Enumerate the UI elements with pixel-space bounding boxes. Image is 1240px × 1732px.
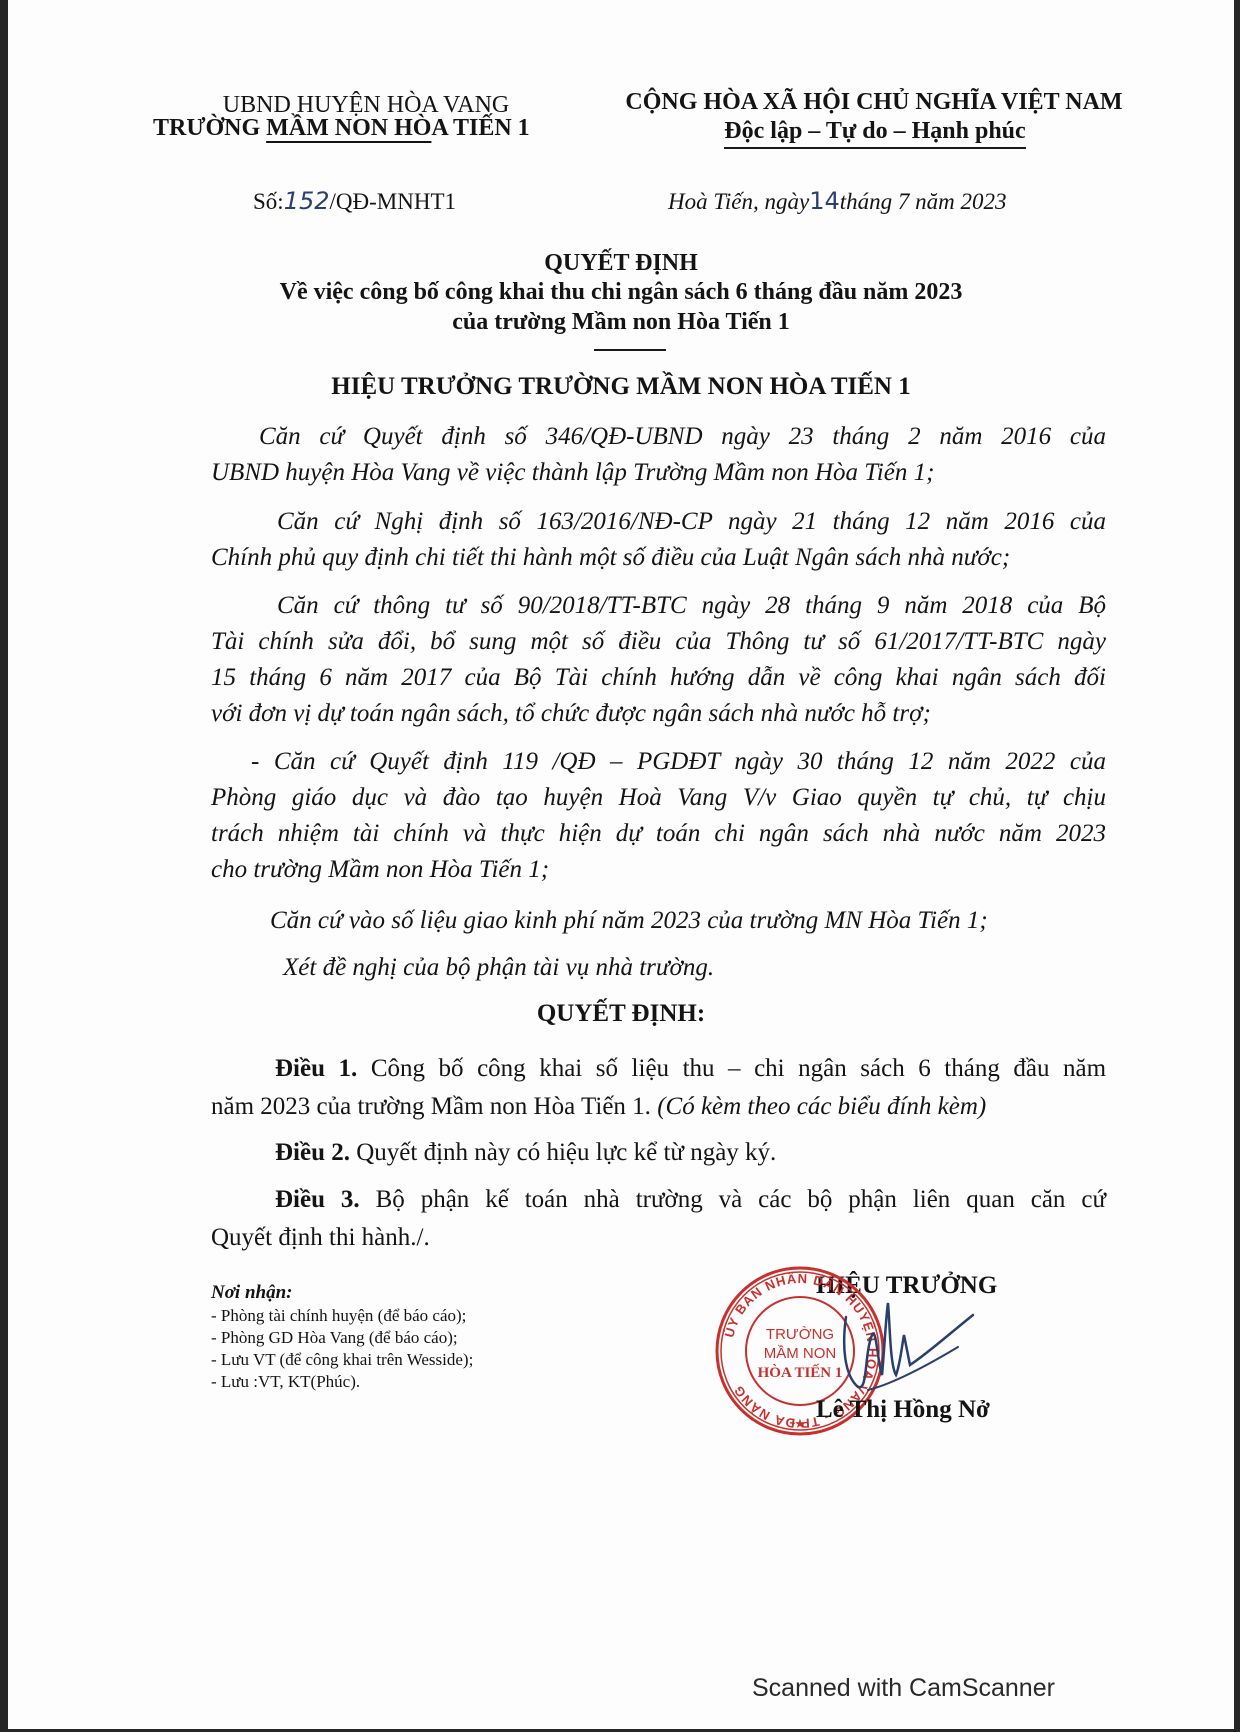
- basis-paragraph: Căn cứ Quyết định số 346/QĐ-UBND ngày 23…: [211, 419, 1106, 491]
- article-2: Điều 2. Quyết định này có hiệu lực kể từ…: [211, 1134, 1106, 1172]
- article-3-line-2: Quyết định thi hành./.: [211, 1219, 1106, 1257]
- title-divider: [594, 349, 666, 351]
- issuing-authority: HIỆU TRƯỞNG TRƯỜNG MẦM NON HÒA TIẾN 1: [8, 373, 1234, 401]
- basis-paragraph: Xét đề nghị của bộ phận tài vụ nhà trườn…: [283, 950, 1083, 986]
- article-note: (Có kèm theo các biểu đính kèm): [657, 1093, 986, 1120]
- document-subject-line-1: Về việc công bố công khai thu chi ngân s…: [8, 279, 1234, 306]
- recipient-item: - Phòng GD Hòa Vang (để báo cáo);: [211, 1328, 458, 1348]
- document-number: Số:152/QĐ-MNHT1: [253, 187, 456, 215]
- basis-paragraph: Căn cứ Nghị định số 163/2016/NĐ-CP ngày …: [211, 504, 1106, 576]
- doc-number-handwritten: 152: [284, 187, 330, 215]
- recipient-item: - Phòng tài chính huyện (để báo cáo);: [211, 1306, 466, 1326]
- basis-line: Tài chính sửa đổi, bổ sung một số điều c…: [211, 624, 1106, 660]
- article-label: Điều 1.: [275, 1055, 357, 1082]
- doc-number-suffix: /QĐ-MNHT1: [330, 189, 457, 214]
- basis-line: 15 tháng 6 năm 2017 của Bộ Tài chính hướ…: [211, 660, 1106, 696]
- basis-paragraph: Căn cứ vào số liệu giao kinh phí năm 202…: [270, 903, 1070, 939]
- basis-paragraph: Căn cứ thông tư số 90/2018/TT-BTC ngày 2…: [211, 588, 1106, 732]
- school-name: TRƯỜNG MẦM NON HÒA TIẾN 1: [153, 115, 593, 142]
- basis-line: UBND huyện Hòa Vang về việc thành lập Tr…: [211, 455, 1106, 491]
- article-2-line-1: Điều 2. Quyết định này có hiệu lực kể từ…: [211, 1134, 1106, 1172]
- basis-line: với đơn vị dự toán ngân sách, tổ chức đư…: [211, 696, 1106, 732]
- article-text: Quyết định thi hành./.: [211, 1224, 430, 1251]
- basis-line: Căn cứ thông tư số 90/2018/TT-BTC ngày 2…: [211, 588, 1106, 624]
- basis-line: Căn cứ Quyết định số 346/QĐ-UBND ngày 23…: [211, 419, 1106, 455]
- svg-text:HÒA TIẾN 1: HÒA TIẾN 1: [758, 1364, 843, 1381]
- basis-line: Căn cứ Nghị định số 163/2016/NĐ-CP ngày …: [211, 504, 1106, 540]
- article-label: Điều 3.: [275, 1186, 360, 1213]
- svg-text:★: ★: [794, 1417, 806, 1432]
- article-text: Quyết định này có hiệu lực kể từ ngày ký…: [356, 1139, 776, 1166]
- recipient-item: - Lưu VT (để công khai trên Wesside);: [211, 1350, 473, 1370]
- article-text: Công bố công khai số liệu thu – chi ngân…: [371, 1055, 1106, 1082]
- article-text: Bộ phận kế toán nhà trường và các bộ phậ…: [376, 1186, 1106, 1213]
- basis-line: cho trường Mầm non Hòa Tiến 1;: [211, 852, 1106, 888]
- school-name-prefix: TRƯỜNG: [153, 115, 266, 141]
- recipients-title: Nơi nhận:: [211, 1282, 292, 1304]
- article-label: Điều 2.: [275, 1139, 350, 1166]
- article-1: Điều 1. Công bố công khai số liệu thu – …: [211, 1050, 1106, 1126]
- document-title: QUYẾT ĐỊNH: [8, 250, 1234, 277]
- date-line: Hoà Tiến, ngày14tháng 7 năm 2023: [668, 187, 1007, 215]
- article-3: Điều 3. Bộ phận kế toán nhà trường và cá…: [211, 1181, 1106, 1257]
- basis-line: trách nhiệm tài chính và thực hiện dự to…: [211, 816, 1106, 852]
- basis-paragraph: - Căn cứ Quyết định 119 /QĐ – PGDĐT ngày…: [211, 744, 1106, 888]
- doc-number-prefix: Số:: [253, 189, 284, 214]
- basis-line: Phòng giáo dục và đào tạo huyện Hoà Vang…: [211, 780, 1106, 816]
- document-subject-line-2: của trường Mầm non Hòa Tiến 1: [8, 309, 1234, 336]
- national-motto-text: Độc lập – Tự do – Hạnh phúc: [724, 118, 1025, 149]
- article-1-line-1: Điều 1. Công bố công khai số liệu thu – …: [211, 1050, 1106, 1088]
- decision-heading: QUYẾT ĐỊNH:: [8, 1000, 1234, 1028]
- national-title: CỘNG HÒA XÃ HỘI CHỦ NGHĨA VIỆT NAM: [604, 89, 1144, 116]
- article-3-line-1: Điều 3. Bộ phận kế toán nhà trường và cá…: [211, 1181, 1106, 1219]
- basis-line: - Căn cứ Quyết định 119 /QĐ – PGDĐT ngày…: [211, 744, 1106, 780]
- date-suffix: tháng 7 năm 2023: [840, 189, 1007, 214]
- school-name-suffix: A TIẾN 1: [431, 115, 529, 141]
- scanner-watermark: Scanned with CamScanner: [752, 1674, 1055, 1703]
- svg-text:MẦM NON: MẦM NON: [764, 1345, 837, 1362]
- basis-line: Chính phủ quy định chi tiết thi hành một…: [211, 540, 1106, 576]
- recipient-item: - Lưu :VT, KT(Phúc).: [211, 1372, 360, 1392]
- document-page: UBND HUYỆN HÒA VANG TRƯỜNG MẦM NON HÒA T…: [8, 0, 1234, 1729]
- national-motto: Độc lập – Tự do – Hạnh phúc: [688, 118, 1062, 145]
- date-day-handwritten: 14: [809, 187, 840, 215]
- school-name-underlined: MẦM NON HÒ: [266, 115, 431, 141]
- article-text: năm 2023 của trường Mầm non Hòa Tiến 1.: [211, 1093, 657, 1120]
- basis-line: Căn cứ vào số liệu giao kinh phí năm 202…: [270, 903, 1070, 939]
- basis-line: Xét đề nghị của bộ phận tài vụ nhà trườn…: [283, 950, 1083, 986]
- article-1-line-2: năm 2023 của trường Mầm non Hòa Tiến 1. …: [211, 1088, 1106, 1126]
- handwritten-signature-icon: [838, 1295, 978, 1405]
- signer-name: Lê Thị Hồng Nở: [816, 1396, 990, 1424]
- date-prefix: Hoà Tiến, ngày: [668, 189, 809, 214]
- svg-text:TRƯỜNG: TRƯỜNG: [766, 1326, 834, 1343]
